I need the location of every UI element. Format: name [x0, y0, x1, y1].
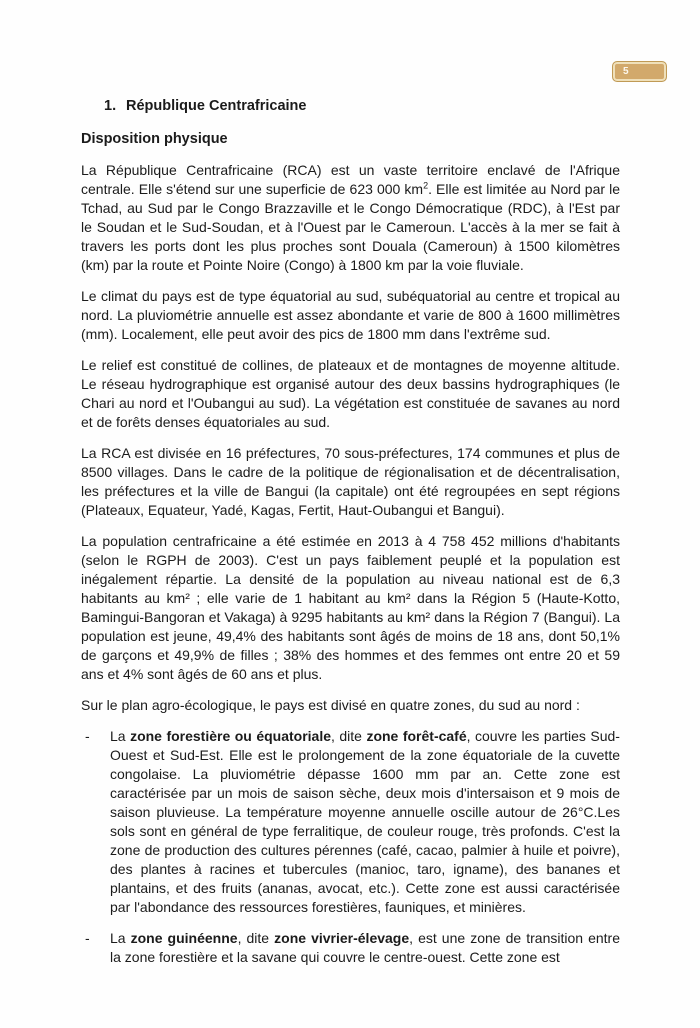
section-heading-number: 1. [104, 97, 126, 116]
list-item-dash-marker: - [81, 929, 110, 967]
list-item-forest-zone: - La zone forestière ou équatoriale, dit… [81, 727, 620, 917]
list-item-text: La zone guinéenne, dite zone vivrier-éle… [110, 929, 620, 967]
paragraph-administration: La RCA est divisée en 16 préfectures, 70… [81, 444, 620, 520]
list-item-guinean-zone: - La zone guinéenne, dite zone vivrier-é… [81, 929, 620, 967]
list-item-dash-marker: - [81, 727, 110, 917]
paragraph-relief: Le relief est constitué de collines, de … [81, 356, 620, 432]
document-page: 5 1.République Centrafricaine Dispositio… [0, 0, 700, 1028]
paragraph-population: La population centrafricaine a été estim… [81, 532, 620, 684]
section-heading: 1.République Centrafricaine [81, 97, 620, 116]
list-item-text: La zone forestière ou équatoriale, dite … [110, 727, 620, 917]
agro-zones-list: - La zone forestière ou équatoriale, dit… [81, 727, 620, 967]
section-heading-text: République Centrafricaine [126, 98, 306, 114]
subsection-heading: Disposition physique [81, 130, 620, 149]
paragraph-geography: La République Centrafricaine (RCA) est u… [81, 161, 620, 275]
paragraph-agro-ecology-intro: Sur le plan agro-écologique, le pays est… [81, 696, 620, 715]
paragraph-climate: Le climat du pays est de type équatorial… [81, 287, 620, 344]
page-number-badge: 5 [612, 61, 667, 82]
page-number: 5 [613, 67, 629, 77]
